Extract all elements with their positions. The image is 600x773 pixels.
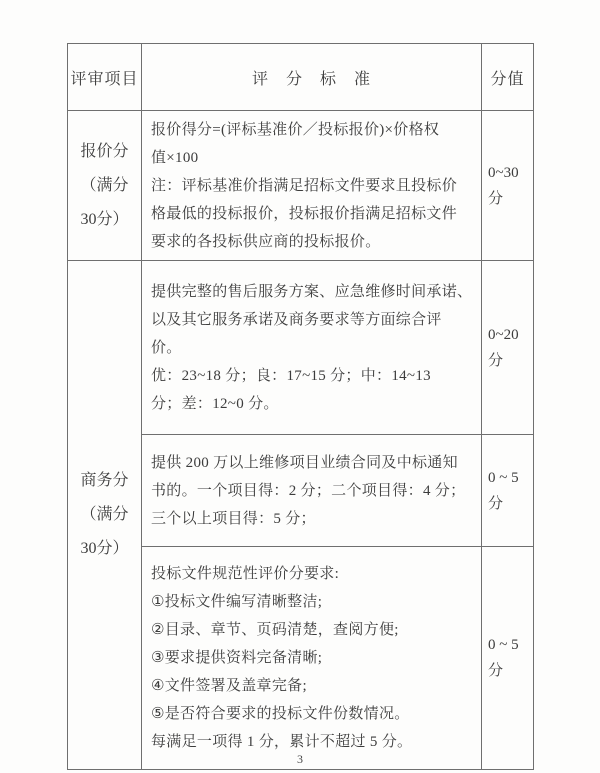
bid-document-standard-value-cell: 0 ~ 5 分 [482,547,534,770]
price-score-criteria-cell: 报价得分=(评标基准价／投标报价)×价格权 值×100 注：评标基准价指满足招标… [142,111,482,261]
after-sales-service-value-cell: 0~20 分 [482,261,534,435]
performance-contracts-value-cell: 0 ~ 5 分 [482,435,534,547]
header-cell-scoring-criteria: 评 分 标 准 [142,44,482,111]
header-cell-review-item: 评审项目 [68,44,142,111]
header-cell-score-value: 分值 [482,44,534,111]
table-row-business-service: 商务分 （满分 30分） 提供完整的售后服务方案、应急维修时间承诺、 以及其它服… [68,261,534,435]
table-row-price-score: 报价分 （满分 30分） 报价得分=(评标基准价／投标报价)×价格权 值×100… [68,111,534,261]
performance-contracts-criteria-cell: 提供 200 万以上维修项目业绩合同及中标通知 书的。一个项目得：2 分；二个项… [142,435,482,547]
after-sales-service-criteria-cell: 提供完整的售后服务方案、应急维修时间承诺、 以及其它服务承诺及商务要求等方面综合… [142,261,482,435]
document-page: 评审项目 评 分 标 准 分值 报价分 （满分 30分） 报价得分=(评标基准价… [0,0,600,773]
price-score-value-cell: 0~30 分 [482,111,534,261]
table-header-row: 评审项目 评 分 标 准 分值 [68,44,534,111]
business-score-item-cell: 商务分 （满分 30分） [68,261,142,770]
page-number: 3 [0,752,600,767]
price-score-item-cell: 报价分 （满分 30分） [68,111,142,261]
evaluation-criteria-table: 评审项目 评 分 标 准 分值 报价分 （满分 30分） 报价得分=(评标基准价… [67,43,534,770]
bid-document-standard-criteria-cell: 投标文件规范性评价分要求: ①投标文件编写清晰整洁; ②目录、章节、页码清楚，查… [142,547,482,770]
